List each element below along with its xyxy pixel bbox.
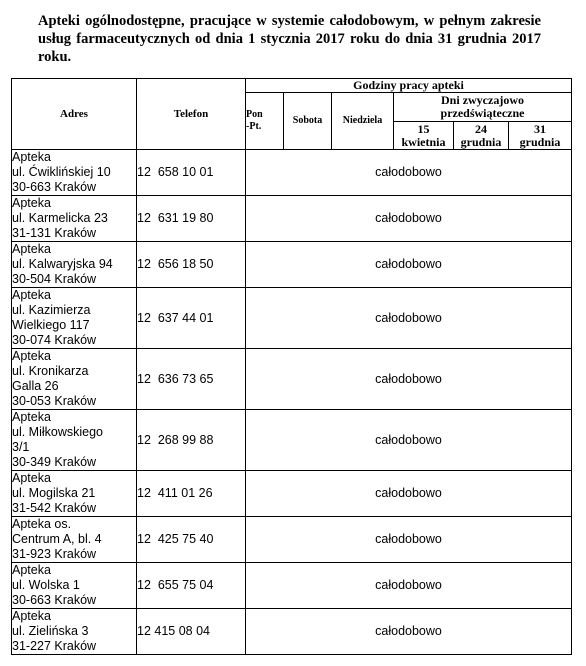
address-cell: Apteka os.Centrum A, bl. 431-923 Kraków	[12, 517, 137, 563]
address-line: Apteka	[12, 196, 136, 211]
address-line: 30-663 Kraków	[12, 180, 136, 195]
address-line: 31-227 Kraków	[12, 639, 136, 654]
table-body: Aptekaul. Ćwiklińskiej 1030-663 Kraków12…	[12, 150, 572, 655]
header-mon-fri: Pon -Pt.	[246, 93, 284, 150]
hours-cell: całodobowo	[246, 288, 572, 349]
pharmacy-table: Adres Telefon Godziny pracy apteki Pon -…	[11, 78, 572, 655]
address-line: 3/1	[12, 440, 136, 455]
hours-cell: całodobowo	[246, 517, 572, 563]
address-line: ul. Mogilska 21	[12, 486, 136, 501]
address-line: 30-349 Kraków	[12, 455, 136, 470]
phone-cell: 12 655 75 04	[137, 563, 246, 609]
address-cell: Aptekaul. KronikarzaGalla 2630-053 Krakó…	[12, 349, 137, 410]
hours-cell: całodobowo	[246, 609, 572, 655]
address-line: ul. Kazimierza	[12, 303, 136, 318]
table-row: Aptekaul. Ćwiklińskiej 1030-663 Kraków12…	[12, 150, 572, 196]
address-cell: Aptekaul. KazimierzaWielkiego 11730-074 …	[12, 288, 137, 349]
address-line: ul. Kronikarza	[12, 364, 136, 379]
phone-cell: 12 631 19 80	[137, 196, 246, 242]
table-row: Aptekaul. Miłkowskiego3/130-349 Kraków12…	[12, 410, 572, 471]
table-row: Apteka os.Centrum A, bl. 431-923 Kraków1…	[12, 517, 572, 563]
address-line: Apteka	[12, 288, 136, 303]
address-line: ul. Ćwiklińskiej 10	[12, 165, 136, 180]
address-cell: Aptekaul. Wolska 130-663 Kraków	[12, 563, 137, 609]
hours-cell: całodobowo	[246, 563, 572, 609]
address-line: Galla 26	[12, 379, 136, 394]
address-line: Apteka	[12, 242, 136, 257]
header-dec-31: 31 grudnia	[509, 122, 572, 150]
address-line: 30-663 Kraków	[12, 593, 136, 608]
phone-cell: 12 425 75 40	[137, 517, 246, 563]
table-row: Aptekaul. Mogilska 2131-542 Kraków12 411…	[12, 471, 572, 517]
address-line: Apteka os.	[12, 517, 136, 532]
header-dec-24: 24 grudnia	[454, 122, 509, 150]
address-line: Apteka	[12, 609, 136, 624]
phone-cell: 12 636 73 65	[137, 349, 246, 410]
phone-cell: 12 658 10 01	[137, 150, 246, 196]
address-line: 31-542 Kraków	[12, 501, 136, 516]
table-row: Aptekaul. KronikarzaGalla 2630-053 Krakó…	[12, 349, 572, 410]
address-cell: Aptekaul. Miłkowskiego3/130-349 Kraków	[12, 410, 137, 471]
address-line: 30-074 Kraków	[12, 333, 136, 348]
table-row: Aptekaul. Kalwaryjska 9430-504 Kraków12 …	[12, 242, 572, 288]
address-line: 31-131 Kraków	[12, 226, 136, 241]
table-row: Aptekaul. Karmelicka 2331-131 Kraków12 6…	[12, 196, 572, 242]
document-title: Apteki ogólnodostępne, pracujące w syste…	[38, 12, 541, 66]
address-line: Apteka	[12, 471, 136, 486]
address-line: 30-504 Kraków	[12, 272, 136, 287]
address-line: 31-923 Kraków	[12, 547, 136, 562]
address-cell: Aptekaul. Mogilska 2131-542 Kraków	[12, 471, 137, 517]
table-row: Aptekaul. Wolska 130-663 Kraków12 655 75…	[12, 563, 572, 609]
table-row: Aptekaul. Zielińska 331-227 Kraków12 415…	[12, 609, 572, 655]
address-cell: Aptekaul. Ćwiklińskiej 1030-663 Kraków	[12, 150, 137, 196]
address-cell: Aptekaul. Kalwaryjska 9430-504 Kraków	[12, 242, 137, 288]
phone-cell: 12 415 08 04	[137, 609, 246, 655]
address-line: ul. Miłkowskiego	[12, 425, 136, 440]
address-cell: Aptekaul. Zielińska 331-227 Kraków	[12, 609, 137, 655]
hours-cell: całodobowo	[246, 349, 572, 410]
address-line: Centrum A, bl. 4	[12, 532, 136, 547]
address-line: Apteka	[12, 563, 136, 578]
hours-cell: całodobowo	[246, 242, 572, 288]
phone-cell: 12 637 44 01	[137, 288, 246, 349]
header-hours-group: Godziny pracy apteki	[246, 79, 572, 93]
hours-cell: całodobowo	[246, 410, 572, 471]
header-apr-15: 15 kwietnia	[394, 122, 454, 150]
header-address: Adres	[12, 79, 137, 150]
address-line: 30-053 Kraków	[12, 394, 136, 409]
phone-cell: 12 656 18 50	[137, 242, 246, 288]
phone-cell: 12 268 99 88	[137, 410, 246, 471]
address-cell: Aptekaul. Karmelicka 2331-131 Kraków	[12, 196, 137, 242]
address-line: ul. Kalwaryjska 94	[12, 257, 136, 272]
header-sunday: Niedziela	[332, 93, 394, 150]
address-line: ul. Wolska 1	[12, 578, 136, 593]
address-line: ul. Zielińska 3	[12, 624, 136, 639]
header-pre-holiday: Dni zwyczajowo przedświąteczne	[394, 93, 572, 122]
phone-cell: 12 411 01 26	[137, 471, 246, 517]
address-line: Apteka	[12, 349, 136, 364]
hours-cell: całodobowo	[246, 196, 572, 242]
address-line: ul. Karmelicka 23	[12, 211, 136, 226]
table-row: Aptekaul. KazimierzaWielkiego 11730-074 …	[12, 288, 572, 349]
hours-cell: całodobowo	[246, 150, 572, 196]
address-line: Apteka	[12, 410, 136, 425]
address-line: Apteka	[12, 150, 136, 165]
header-phone: Telefon	[137, 79, 246, 150]
hours-cell: całodobowo	[246, 471, 572, 517]
address-line: Wielkiego 117	[12, 318, 136, 333]
header-saturday: Sobota	[284, 93, 332, 150]
